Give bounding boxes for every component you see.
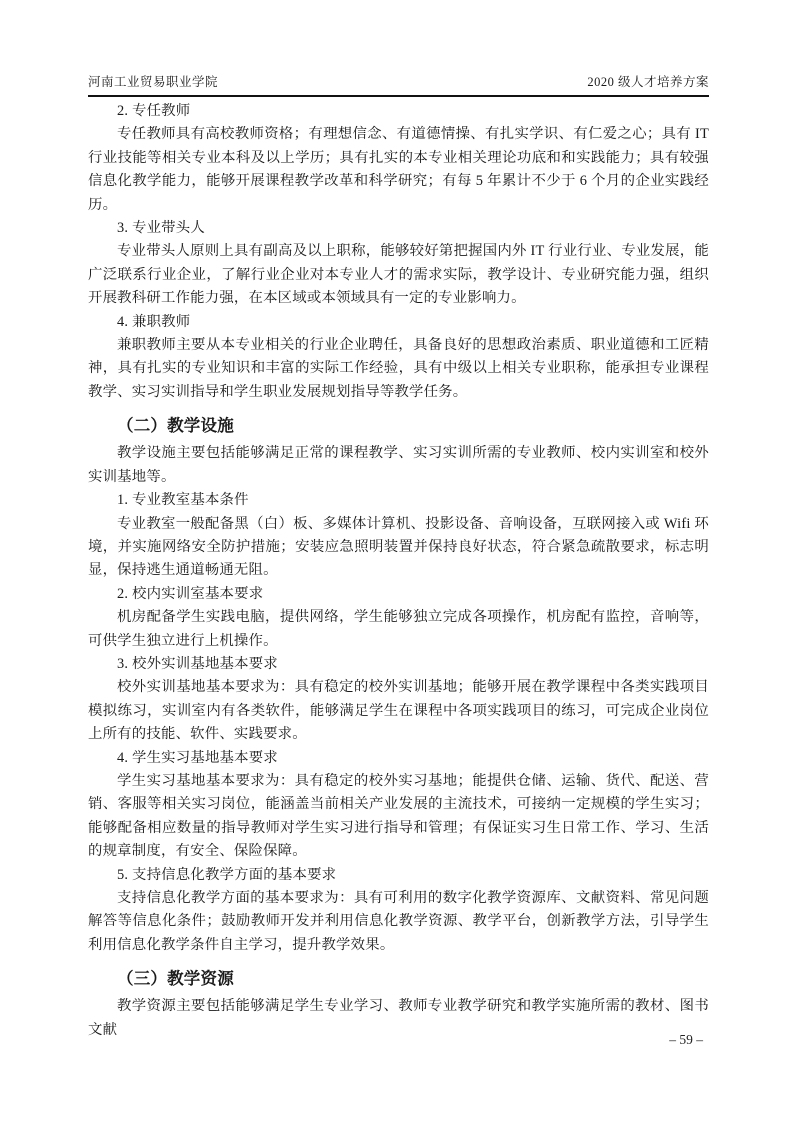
paragraph: 专业带头人原则上具有副高及以上职称，能够较好第把握国内外 IT 行业行业、专业发… <box>88 240 709 310</box>
document-body: 2. 专任教师 专任教师具有高校教师资格；有理想信念、有道德情操、有扎实学识、有… <box>88 100 709 1042</box>
page-number: – 59 – <box>669 1032 703 1048</box>
list-item: 4. 兼职教师 <box>88 311 709 334</box>
list-item: 3. 校外实训基地基本要求 <box>88 653 709 676</box>
header-left-text: 河南工业贸易职业学院 <box>88 72 218 90</box>
list-item: 1. 专业教室基本条件 <box>88 489 709 512</box>
paragraph: 专任教师具有高校教师资格；有理想信念、有道德情操、有扎实学识、有仁爱之心；具有 … <box>88 123 709 217</box>
list-item: 2. 校内实训室基本要求 <box>88 583 709 606</box>
list-item: 5. 支持信息化教学方面的基本要求 <box>88 864 709 887</box>
list-item: 3. 专业带头人 <box>88 217 709 240</box>
list-item: 2. 专任教师 <box>88 100 709 123</box>
document-page: 河南工业贸易职业学院 2020 级人才培养方案 2. 专任教师 专任教师具有高校… <box>0 0 793 1122</box>
paragraph: 支持信息化教学方面的基本要求为：具有可利用的数字化教学资源库、文献资料、常见问题… <box>88 887 709 957</box>
list-item: 4. 学生实习基地基本要求 <box>88 747 709 770</box>
page-header: 河南工业贸易职业学院 2020 级人才培养方案 <box>88 72 709 97</box>
paragraph: 教学资源主要包括能够满足学生专业学习、教师专业教学研究和教学实施所需的教材、图书… <box>88 995 709 1042</box>
section-heading-teaching-facilities: （二）教学设施 <box>88 414 709 438</box>
paragraph: 专业教室一般配备黑（白）板、多媒体计算机、投影设备、音响设备，互联网接入或 Wi… <box>88 513 709 583</box>
section-heading-teaching-resources: （三）教学资源 <box>88 967 709 991</box>
paragraph: 教学设施主要包括能够满足正常的课程教学、实习实训所需的专业教师、校内实训室和校外… <box>88 442 709 489</box>
paragraph: 校外实训基地基本要求为：具有稳定的校外实训基地；能够开展在教学课程中各类实践项目… <box>88 676 709 746</box>
paragraph: 学生实习基地基本要求为：具有稳定的校外实习基地；能提供仓储、运输、货代、配送、营… <box>88 770 709 864</box>
paragraph: 机房配备学生实践电脑，提供网络，学生能够独立完成各项操作，机房配有监控，音响等，… <box>88 606 709 653</box>
header-right-text: 2020 级人才培养方案 <box>587 72 709 90</box>
paragraph: 兼职教师主要从本专业相关的行业企业聘任，具备良好的思想政治素质、职业道德和工匠精… <box>88 334 709 404</box>
